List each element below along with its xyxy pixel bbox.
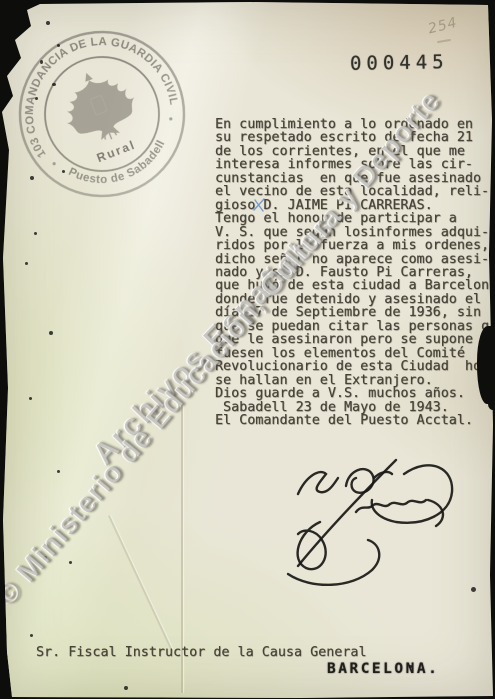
serial-number-stamp: 000445 xyxy=(350,51,449,75)
paper-speck xyxy=(46,21,50,25)
paper-speck xyxy=(52,83,56,86)
pencil-annotation: 254 xyxy=(427,15,460,38)
paper-speck xyxy=(409,665,412,668)
guardia-civil-round-stamp: 103 COMANDANCIA DE LA GUARDIA CIVIL Pues… xyxy=(0,0,216,227)
paper-speck xyxy=(62,170,65,173)
diagonal-fold-crease xyxy=(108,515,173,652)
addressee-line: Sr. Fiscal Instructor de la Causa Genera… xyxy=(36,645,367,660)
paper-speck xyxy=(30,634,33,637)
paper-speck xyxy=(40,60,43,64)
pencil-underline xyxy=(437,39,451,43)
paper-speck xyxy=(69,561,72,564)
paper-speck xyxy=(25,262,28,265)
paper-speck xyxy=(35,97,38,100)
document-paper: 103 COMANDANCIA DE LA GUARDIA CIVIL Pues… xyxy=(0,0,495,699)
paper-speck xyxy=(471,587,476,592)
blue-cross-mark xyxy=(252,197,266,213)
paper-speck xyxy=(57,44,60,47)
paper-speck xyxy=(43,556,47,560)
paper-speck xyxy=(124,686,128,690)
letter-body: En cumplimiento a lo ordenado en su resp… xyxy=(215,118,495,427)
scanned-document-photo: 103 COMANDANCIA DE LA GUARDIA CIVIL Pues… xyxy=(0,0,495,699)
signature xyxy=(268,448,468,593)
paper-speck xyxy=(34,232,37,235)
photo-edge-blob-small xyxy=(488,398,495,410)
photo-edge-blob xyxy=(477,326,495,404)
paper-speck xyxy=(29,397,32,400)
paper-speck xyxy=(30,176,34,180)
paper-speck xyxy=(49,331,53,335)
stamp-center-text: Rural xyxy=(95,138,138,166)
city-stamp: BARCELONA. xyxy=(327,661,439,677)
paper-speck xyxy=(57,470,60,473)
